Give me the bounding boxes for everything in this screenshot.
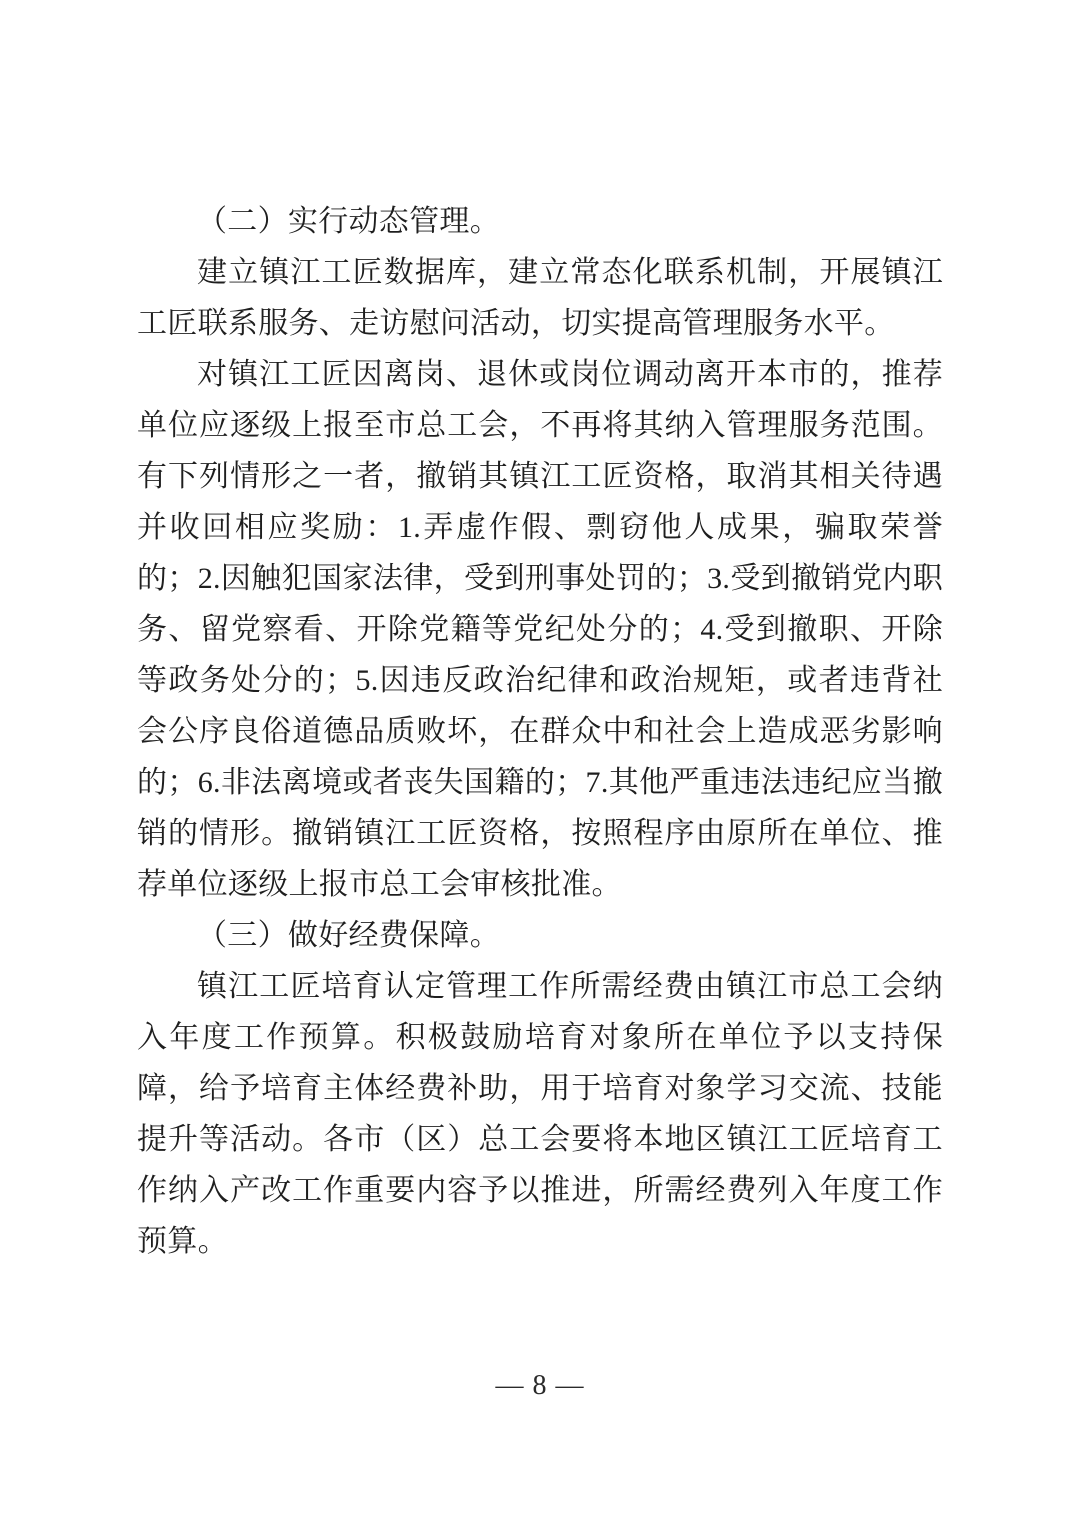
section-heading-2: （二）实行动态管理。 [137,196,943,247]
paragraph: 建立镇江工匠数据库，建立常态化联系机制，开展镇江工匠联系服务、走访慰问活动，切实… [137,247,943,349]
page-number: — 8 — [0,1366,1080,1406]
document-page: （二）实行动态管理。 建立镇江工匠数据库，建立常态化联系机制，开展镇江工匠联系服… [0,0,1080,1527]
document-body: （二）实行动态管理。 建立镇江工匠数据库，建立常态化联系机制，开展镇江工匠联系服… [137,196,943,1267]
section-heading-3: （三）做好经费保障。 [137,910,943,961]
paragraph: 镇江工匠培育认定管理工作所需经费由镇江市总工会纳入年度工作预算。积极鼓励培育对象… [137,961,943,1267]
paragraph: 对镇江工匠因离岗、退休或岗位调动离开本市的，推荐单位应逐级上报至市总工会，不再将… [137,349,943,910]
